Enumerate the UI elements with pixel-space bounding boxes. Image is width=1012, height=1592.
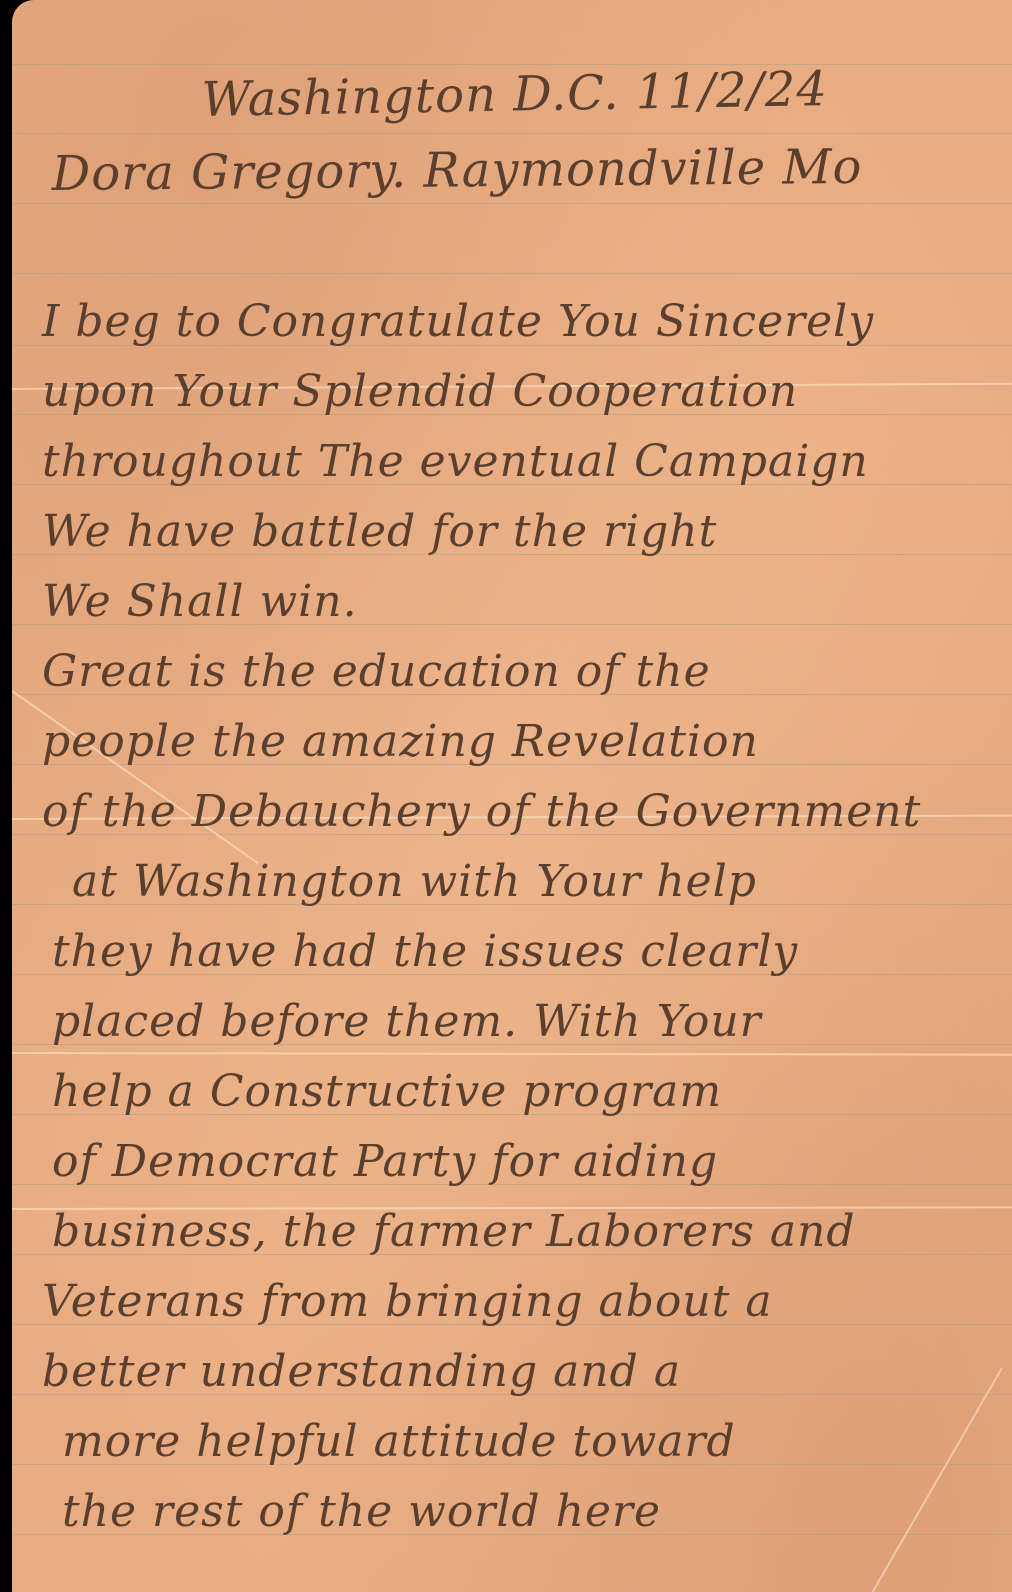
ruled-line [12,273,1012,274]
letter-body-line: upon Your Splendid Cooperation [42,370,798,414]
letter-body-line: I beg to Congratulate You Sincerely [42,300,874,344]
letter-body-line: placed before them. With Your [52,1000,762,1044]
letter-body-line: Great is the education of the [42,650,711,694]
paper-crease [871,1367,1003,1592]
paper-crease [12,1052,1012,1056]
letter-page: Washington D.C. 11/2/24 Dora Gregory. Ra… [12,0,1012,1592]
letter-body-line: business, the farmer Laborers and [52,1210,856,1254]
letter-body-line: at Washington with Your help [72,860,757,904]
letter-recipient: Dora Gregory. Raymondville Mo [52,143,863,198]
letter-body-line: they have had the issues clearly [52,930,798,974]
ruled-line [12,64,1012,65]
letter-body-line: the rest of the world here [62,1490,661,1534]
letter-body-line: people the amazing Revelation [42,720,759,764]
letter-body-line: more helpful attitude toward [62,1420,736,1464]
letter-body-line: help a Constructive program [52,1070,722,1114]
letter-place-date: Washington D.C. 11/2/24 [201,65,828,124]
ruled-line [12,133,1012,134]
letter-body-line: of Democrat Party for aiding [52,1140,718,1184]
ruled-line [12,203,1012,204]
letter-body-line: We Shall win. [42,580,358,624]
letter-body-line: better understanding and a [42,1350,681,1394]
letter-body-line: throughout The eventual Campaign [42,440,869,484]
letter-body-line: We have battled for the right [42,510,717,554]
letter-body-line: Veterans from bringing about a [42,1280,773,1324]
letter-body-line: of the Debauchery of the Government [42,790,921,834]
